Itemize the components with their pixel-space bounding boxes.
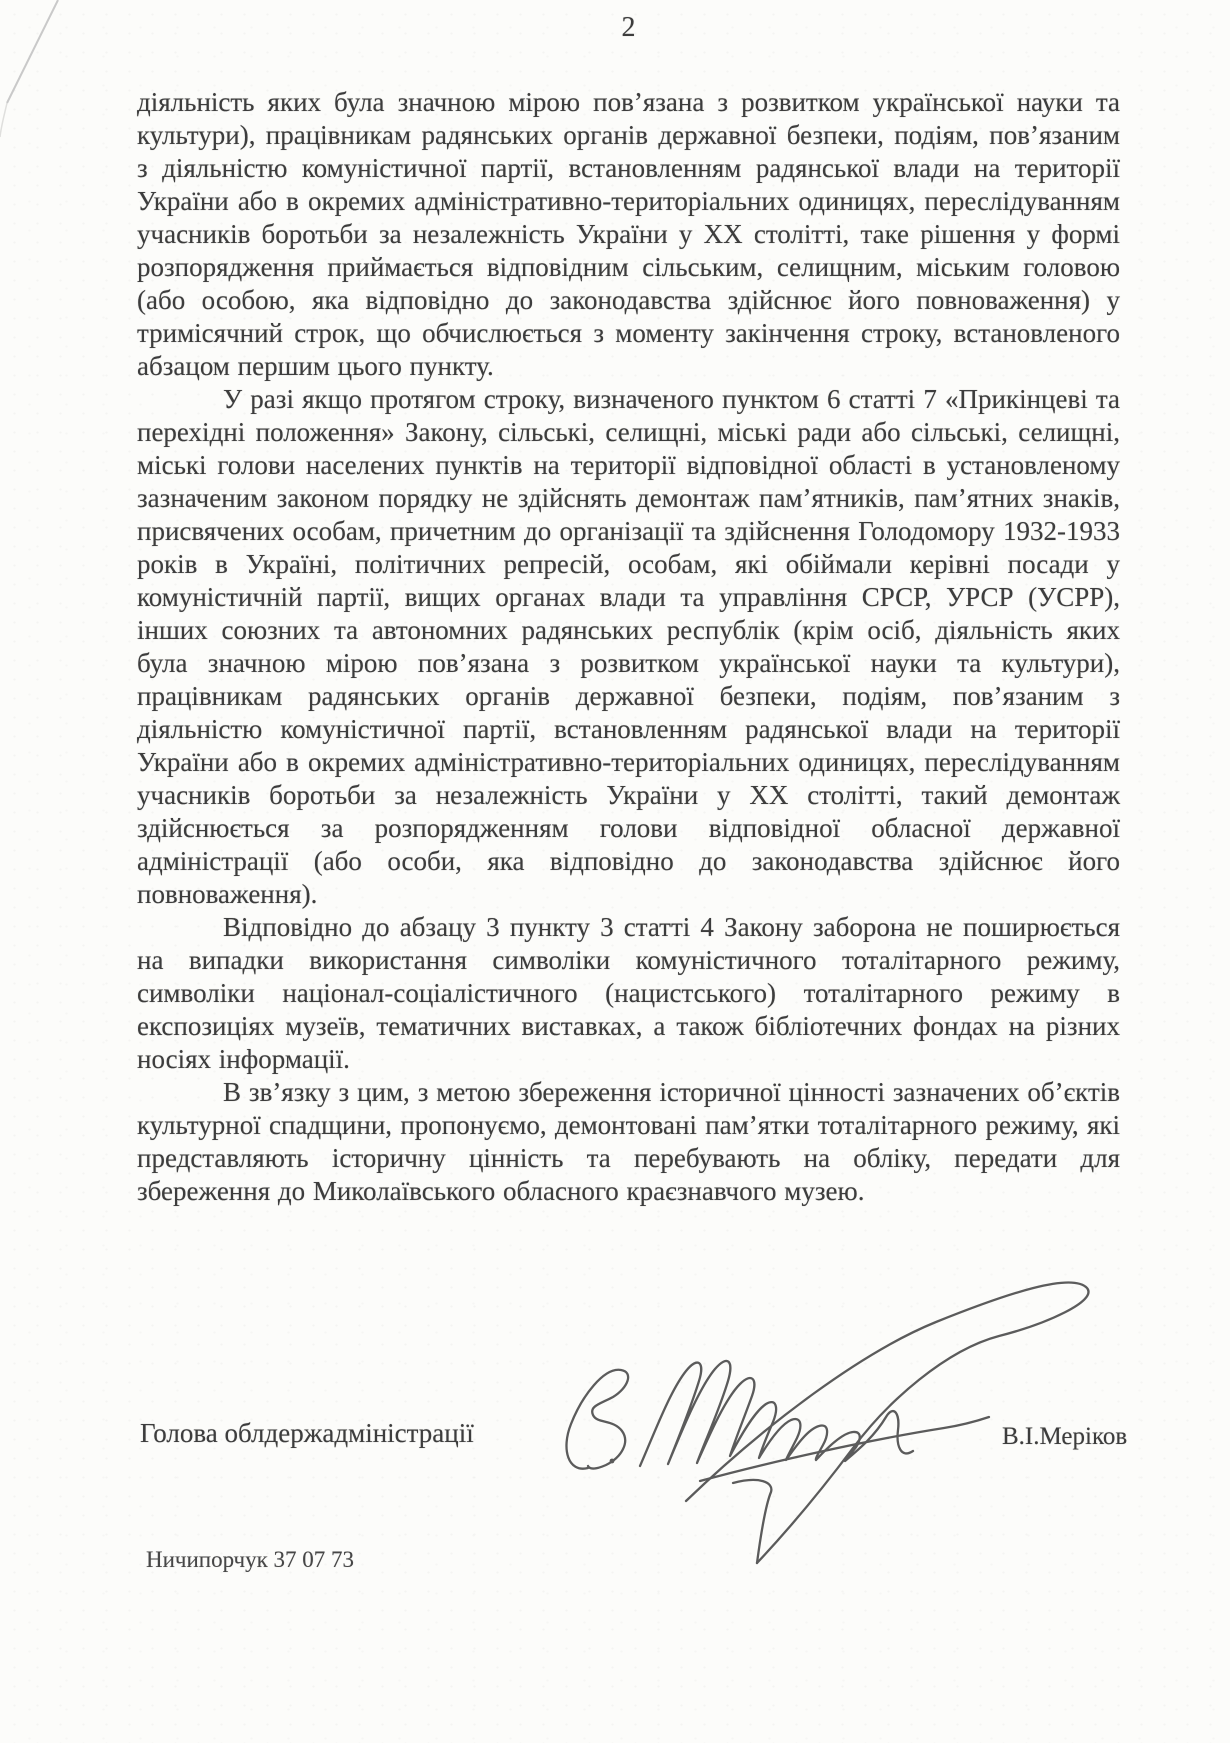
signer-name: В.І.Меріков bbox=[1002, 1423, 1127, 1451]
page-number: 2 bbox=[137, 12, 1120, 44]
document-body: діяльність яких була значною мірою пов’я… bbox=[137, 86, 1120, 1208]
executor-contact: Ничипорчук 37 07 73 bbox=[146, 1547, 354, 1573]
body-paragraph: У разі якщо протягом строку, визначеного… bbox=[137, 383, 1120, 911]
signer-title: Голова облдержадміністрації bbox=[140, 1418, 474, 1449]
scan-artifact-corner-line bbox=[0, 0, 58, 137]
body-paragraph: В зв’язку з цим, з метою збереження істо… bbox=[137, 1076, 1120, 1208]
body-paragraph: діяльність яких була значною мірою пов’я… bbox=[137, 86, 1120, 383]
body-paragraph: Відповідно до абзацу 3 пункту 3 статті 4… bbox=[137, 911, 1120, 1076]
scanned-document-page: 2 діяльність яких була значною мірою пов… bbox=[0, 0, 1230, 1743]
